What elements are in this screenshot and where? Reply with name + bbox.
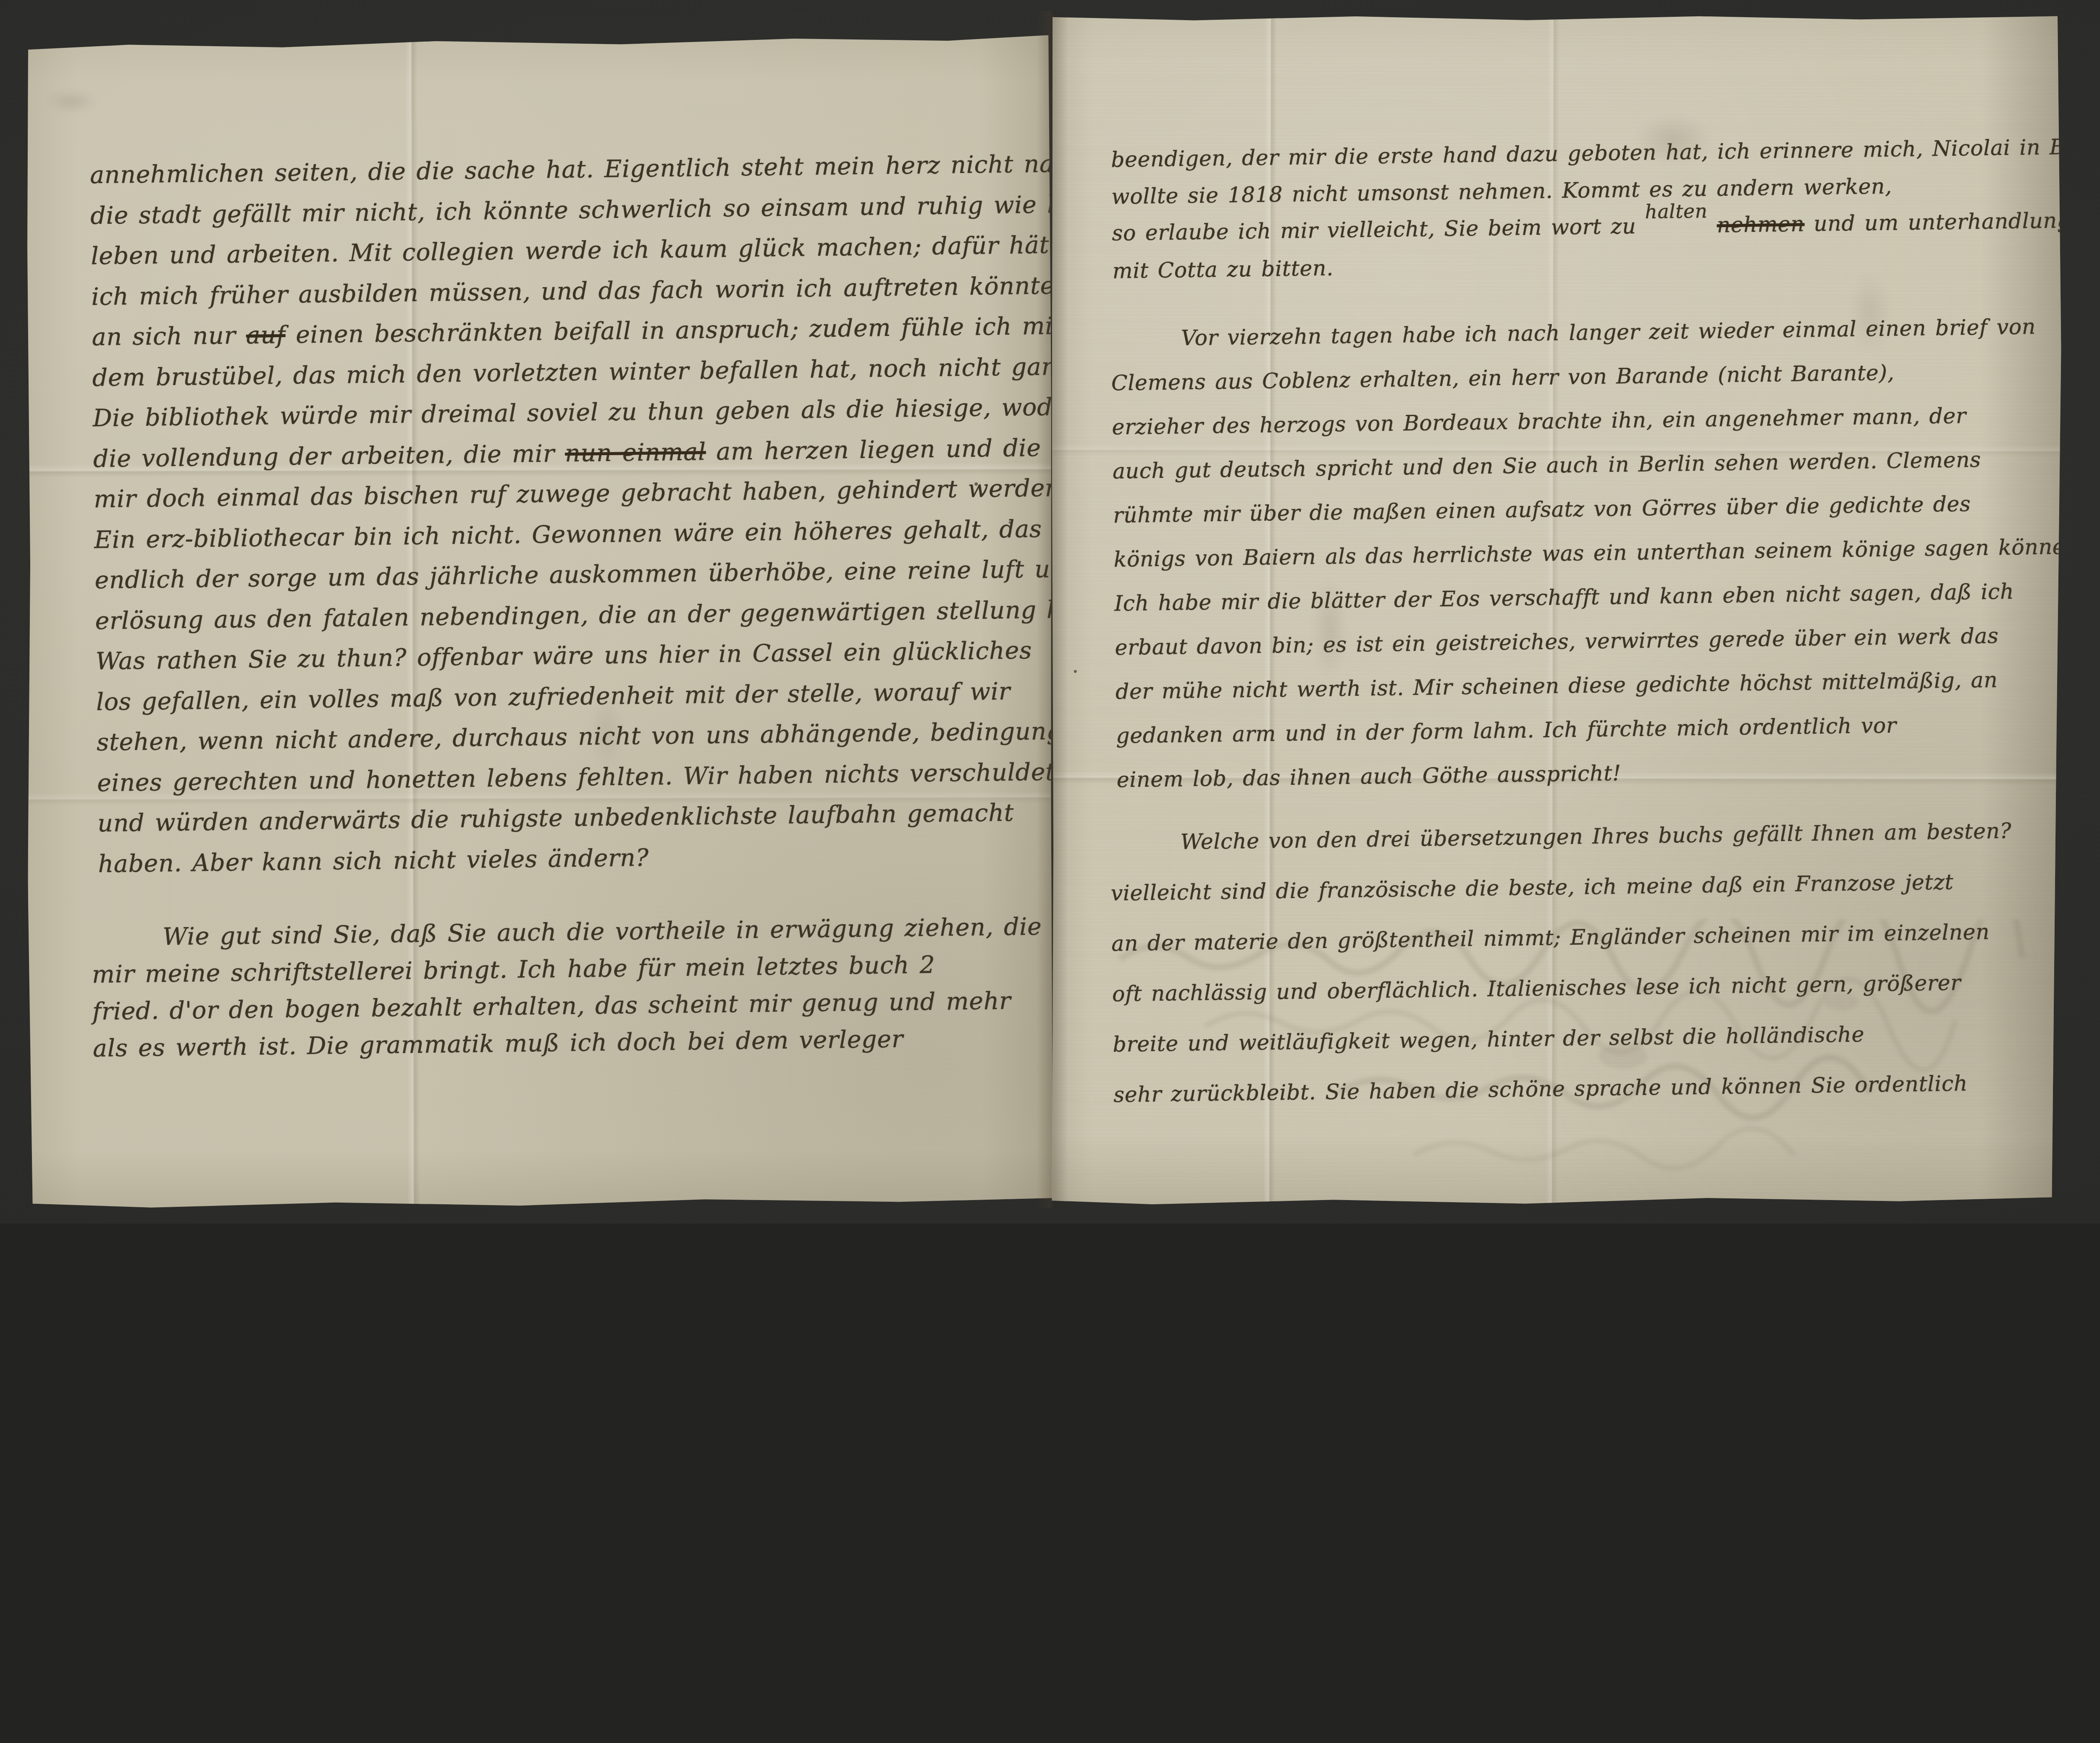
interlinear-insertion: halten	[1645, 192, 1708, 230]
paragraph: beendigen, der mir die erste hand dazu g…	[1111, 128, 2050, 289]
strikethrough-text: auf	[246, 321, 286, 349]
paragraph: Vor vierzehn tagen habe ich nach langer …	[1110, 304, 2054, 802]
ink-speck	[1074, 670, 1077, 673]
paragraph: Welche von den drei übersetzungen Ihres …	[1110, 805, 2051, 1120]
pencil-smudge	[37, 86, 108, 116]
paragraph: Wie gut sind Sie, daß Sie auch die vorth…	[92, 908, 1042, 1067]
strikethrough-text: nun einmal	[565, 438, 706, 467]
letter-scan: annehmlichen seiten, die die sache hat. …	[0, 0, 2100, 1224]
strikethrough-text: nehmen	[1717, 211, 1805, 237]
letter-page-left: annehmlichen seiten, die die sache hat. …	[26, 34, 1053, 1209]
letter-page-right: beendigen, der mir die erste hand dazu g…	[1051, 13, 2063, 1208]
paragraph: annehmlichen seiten, die die sache hat. …	[90, 144, 1051, 884]
